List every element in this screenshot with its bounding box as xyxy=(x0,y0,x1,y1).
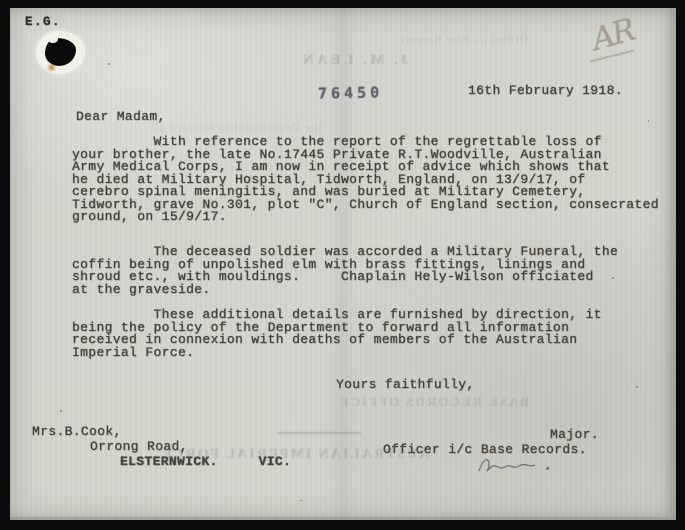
bleedthrough-rule-fragment xyxy=(277,432,361,434)
bleedthrough-office-line: BASE RECORDS OFFICE xyxy=(338,394,529,410)
signature-ink-dot xyxy=(546,467,549,470)
paragraph-2: The deceased soldier was accorded a Mili… xyxy=(72,246,618,296)
recipient-name: Mrs.B.Cook, xyxy=(32,426,122,439)
salutation: Dear Madam, xyxy=(76,111,166,124)
signature-rank: Major. xyxy=(550,429,599,442)
corner-initials: E.G. xyxy=(25,16,61,29)
scan-border-right xyxy=(676,0,685,530)
bleedthrough-mid-faint: the Department to forward all xyxy=(150,120,322,135)
scan-border-top xyxy=(0,0,685,8)
scanned-letter-page: Officer i/c Base Records J. M. LEAN the … xyxy=(0,0,685,530)
paper-edge-shadow xyxy=(10,517,676,520)
scan-border-bottom xyxy=(0,521,685,530)
recipient-street: Orrong Road, xyxy=(90,441,188,454)
scan-border-left xyxy=(0,0,10,530)
recipient-city-line: ELSTERNWICK. VIC. xyxy=(120,456,291,469)
signature-initials-scrawl xyxy=(476,454,538,478)
rust-stain xyxy=(46,63,57,72)
paragraph-1: With reference to the report of the regr… xyxy=(72,136,659,224)
paragraph-3: These additional details are furnished b… xyxy=(72,309,602,359)
bleedthrough-top-bold: J. M. LEAN xyxy=(300,52,408,69)
bleedthrough-top-small: Officer i/c Base Records xyxy=(400,35,527,46)
closing-valediction: Yours faithfully, xyxy=(336,379,475,392)
registration-stamp-number: 76450 xyxy=(318,83,383,102)
letter-date: 16th February 1918. xyxy=(468,85,623,98)
